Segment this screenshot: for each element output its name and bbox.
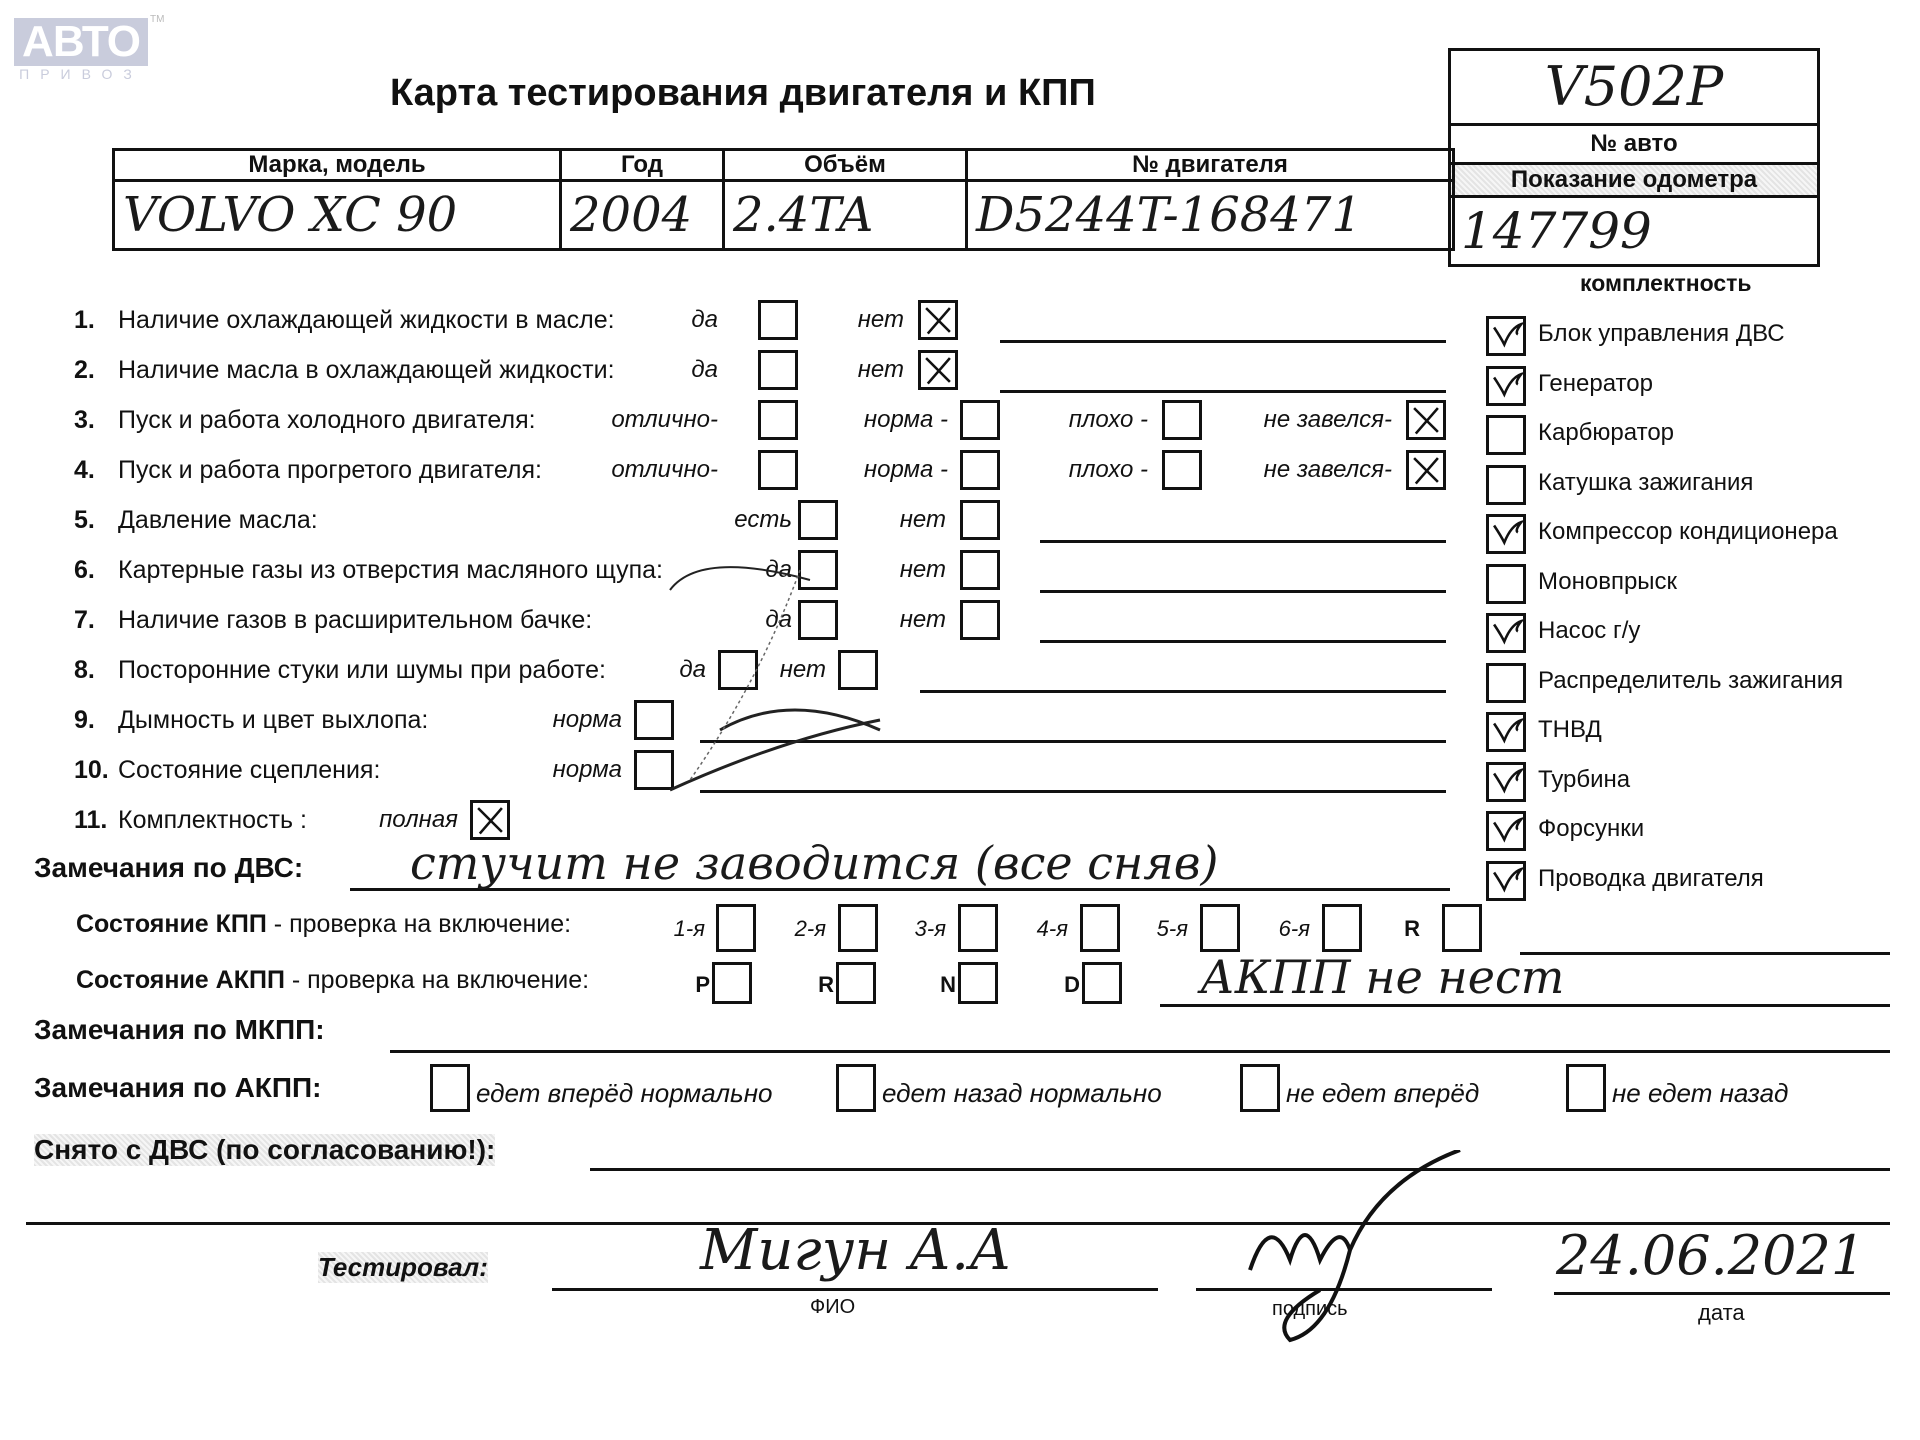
- completeness-item-label: Распределитель зажигания: [1538, 667, 1843, 695]
- option-label: есть: [734, 506, 792, 534]
- option-label: полная: [379, 806, 458, 834]
- completeness-checkbox[interactable]: [1486, 811, 1526, 851]
- completeness-checkbox[interactable]: [1486, 861, 1526, 901]
- question-label: Состояние сцепления:: [118, 756, 380, 785]
- manual-gear-checkbox[interactable]: [838, 904, 878, 952]
- option-checkbox[interactable]: [918, 350, 958, 390]
- option-checkbox[interactable]: [960, 500, 1000, 540]
- option-checkbox[interactable]: [758, 450, 798, 490]
- auto-gear-checkbox[interactable]: [958, 962, 998, 1004]
- question-number: 5.: [74, 506, 95, 535]
- checkmark-icon: [1489, 517, 1523, 551]
- manual-gear-label: 6-я: [1279, 916, 1310, 942]
- question-label: Наличие масла в охлаждающей жидкости:: [118, 356, 615, 385]
- option-label: да: [765, 606, 792, 634]
- completeness-item-label: Катушка зажигания: [1538, 469, 1753, 497]
- question-number: 9.: [74, 706, 95, 735]
- manual-remarks-label: Замечания по МКПП:: [34, 1014, 325, 1046]
- option-label: нет: [900, 556, 946, 584]
- option-label: норма -: [864, 456, 948, 484]
- option-label: не завелся-: [1264, 456, 1392, 484]
- question-number: 6.: [74, 556, 95, 585]
- question-label: Пуск и работа холодного двигателя:: [118, 406, 536, 435]
- auto-remark-checkbox[interactable]: [1240, 1064, 1280, 1112]
- notes-line[interactable]: [1000, 340, 1446, 343]
- option-checkbox[interactable]: [798, 550, 838, 590]
- completeness-item-label: Генератор: [1538, 370, 1653, 398]
- option-checkbox[interactable]: [758, 300, 798, 340]
- notes-line[interactable]: [1000, 390, 1446, 393]
- plate-number: V502P: [1451, 51, 1817, 126]
- checkmark-icon: [473, 803, 507, 837]
- question-label: Наличие газов в расширительном бачке:: [118, 606, 592, 635]
- completeness-checkbox[interactable]: [1486, 514, 1526, 554]
- auto-gearbox-label-rest: - проверка на включение:: [285, 966, 589, 994]
- signature-image: [1230, 1150, 1480, 1350]
- completeness-checkbox[interactable]: [1486, 613, 1526, 653]
- completeness-checkbox[interactable]: [1486, 762, 1526, 802]
- question-label: Картерные газы из отверстия масляного щу…: [118, 556, 663, 585]
- vehicle-table: Марка, модель Год Объём № двигателя VOLV…: [112, 148, 1455, 251]
- auto-remark-label: едет назад нормально: [882, 1078, 1162, 1109]
- question-label: Давление масла:: [118, 506, 318, 535]
- manual-gear-label: 2-я: [795, 916, 826, 942]
- completeness-checkbox[interactable]: [1486, 366, 1526, 406]
- completeness-item-label: Турбина: [1538, 766, 1630, 794]
- option-label: плохо -: [1069, 456, 1148, 484]
- question-number: 3.: [74, 406, 95, 435]
- option-label: да: [765, 556, 792, 584]
- option-label: отлично-: [611, 406, 718, 434]
- auto-remark-checkbox[interactable]: [836, 1064, 876, 1112]
- completeness-checkbox[interactable]: [1486, 663, 1526, 703]
- checkmark-icon: [921, 353, 955, 387]
- option-checkbox[interactable]: [798, 600, 838, 640]
- page-title: Карта тестирования двигателя и КПП: [390, 72, 1096, 115]
- header-engine-number: № двигателя: [967, 150, 1454, 181]
- completeness-item-label: ТНВД: [1538, 716, 1602, 744]
- completeness-item-label: Блок управления ДВС: [1538, 320, 1785, 348]
- removed-label: Снято с ДВС (по согласованию!):: [34, 1134, 495, 1166]
- date-caption: дата: [1698, 1300, 1745, 1326]
- notes-line[interactable]: [1040, 590, 1446, 593]
- name-caption: ФИО: [810, 1296, 855, 1319]
- auto-gear-checkbox[interactable]: [712, 962, 752, 1004]
- auto-gear-label: N: [940, 972, 956, 998]
- volume-value: 2.4TA: [724, 181, 967, 250]
- auto-remark-label: не едет вперёд: [1286, 1078, 1479, 1109]
- option-label: плохо -: [1069, 406, 1148, 434]
- question-number: 7.: [74, 606, 95, 635]
- logo-subtitle: ПРИВОЗ: [14, 66, 148, 82]
- engine-remarks-label: Замечания по ДВС:: [34, 852, 303, 884]
- year-value: 2004: [561, 181, 724, 250]
- option-label: да: [691, 306, 718, 334]
- option-label: норма -: [864, 406, 948, 434]
- question-label: Пуск и работа прогретого двигателя:: [118, 456, 542, 485]
- completeness-checkbox[interactable]: [1486, 712, 1526, 752]
- notes-line[interactable]: [1040, 540, 1446, 543]
- checkmark-icon: [1489, 616, 1523, 650]
- checkmark-icon: [921, 303, 955, 337]
- auto-gear-checkbox[interactable]: [836, 962, 876, 1004]
- manual-gear-checkbox[interactable]: [958, 904, 998, 952]
- option-label: нет: [858, 306, 904, 334]
- manual-gear-label: 3-я: [915, 916, 946, 942]
- auto-gear-label: D: [1064, 972, 1080, 998]
- question-label: Наличие охлаждающей жидкости в масле:: [118, 306, 615, 335]
- auto-gearbox-label: Состояние АКПП - проверка на включение:: [76, 966, 589, 995]
- option-label: нет: [858, 356, 904, 384]
- option-label: нет: [900, 606, 946, 634]
- option-checkbox[interactable]: [838, 650, 878, 690]
- checkmark-icon: [1489, 715, 1523, 749]
- auto-gear-label: R: [818, 972, 834, 998]
- notes-line[interactable]: [700, 740, 1446, 743]
- completeness-title: комплектность: [1580, 270, 1752, 297]
- option-checkbox[interactable]: [718, 650, 758, 690]
- auto-gear-label: P: [695, 972, 710, 998]
- manual-gear-checkbox[interactable]: [1322, 904, 1362, 952]
- option-label: норма: [553, 756, 622, 784]
- signature-caption: подпись: [1272, 1298, 1348, 1321]
- logo-trademark: TM: [150, 14, 164, 25]
- manual-gearbox-label-rest: - проверка на включение:: [267, 910, 571, 938]
- option-label: норма: [553, 706, 622, 734]
- option-checkbox[interactable]: [758, 400, 798, 440]
- tester-name[interactable]: Мигун А.А: [700, 1218, 1012, 1283]
- manual-gear-checkbox[interactable]: [1080, 904, 1120, 952]
- auto-remark-checkbox[interactable]: [430, 1064, 470, 1112]
- question-number: 2.: [74, 356, 95, 385]
- odometer-value: 147799: [1451, 198, 1817, 264]
- completeness-item-label: Проводка двигателя: [1538, 865, 1764, 893]
- completeness-checkbox[interactable]: [1486, 465, 1526, 505]
- option-checkbox[interactable]: [758, 350, 798, 390]
- notes-line[interactable]: [1040, 640, 1446, 643]
- completeness-checkbox[interactable]: [1486, 316, 1526, 356]
- checkmark-icon: [1489, 864, 1523, 898]
- plate-label: № авто: [1451, 126, 1817, 165]
- option-label: нет: [780, 656, 826, 684]
- checkmark-icon: [1489, 319, 1523, 353]
- question-number: 10.: [74, 756, 109, 785]
- header-year: Год: [561, 150, 724, 181]
- option-checkbox[interactable]: [960, 450, 1000, 490]
- completeness-item-label: Карбюратор: [1538, 419, 1674, 447]
- manual-gear-label: 4-я: [1037, 916, 1068, 942]
- header-make-model: Марка, модель: [114, 150, 561, 181]
- completeness-item-label: Форсунки: [1538, 815, 1644, 843]
- plate-odometer-block: V502P № авто Показание одометра 147799: [1448, 48, 1820, 267]
- option-checkbox[interactable]: [634, 750, 674, 790]
- manual-gearbox-label: Состояние КПП - проверка на включение:: [76, 910, 571, 939]
- option-label: нет: [900, 506, 946, 534]
- engine-number-value: D5244T-168471: [967, 181, 1454, 250]
- option-checkbox[interactable]: [1406, 400, 1446, 440]
- option-checkbox[interactable]: [960, 550, 1000, 590]
- option-label: не завелся-: [1264, 406, 1392, 434]
- header-volume: Объём: [724, 150, 967, 181]
- option-checkbox[interactable]: [798, 500, 838, 540]
- option-checkbox[interactable]: [1162, 450, 1202, 490]
- notes-line[interactable]: [920, 690, 1446, 693]
- tested-by-label: Тестировал:: [318, 1252, 488, 1283]
- option-label: отлично-: [611, 456, 718, 484]
- completeness-item-label: Компрессор кондиционера: [1538, 518, 1838, 546]
- odometer-label: Показание одометра: [1451, 165, 1817, 198]
- checkmark-icon: [1409, 453, 1443, 487]
- option-checkbox[interactable]: [634, 700, 674, 740]
- completeness-checkbox[interactable]: [1486, 564, 1526, 604]
- auto-gearbox-label-bold: Состояние АКПП: [76, 966, 285, 994]
- manual-gear-checkbox[interactable]: [716, 904, 756, 952]
- question-number: 4.: [74, 456, 95, 485]
- checkmark-icon: [1489, 765, 1523, 799]
- auto-remark-label: не едет назад: [1612, 1078, 1788, 1109]
- engine-remarks-value[interactable]: стучит не заводится (все сняв): [410, 836, 1218, 890]
- option-label: да: [691, 356, 718, 384]
- auto-gear-checkbox[interactable]: [1082, 962, 1122, 1004]
- test-date[interactable]: 24.06.2021: [1556, 1224, 1865, 1287]
- auto-remarks-label: Замечания по АКПП:: [34, 1072, 321, 1104]
- question-label: Комплектность :: [118, 806, 307, 835]
- option-checkbox[interactable]: [470, 800, 510, 840]
- option-checkbox[interactable]: [960, 400, 1000, 440]
- notes-line[interactable]: [700, 790, 1446, 793]
- manual-gear-label: R: [1404, 916, 1420, 942]
- option-label: да: [679, 656, 706, 684]
- question-number: 11.: [74, 806, 107, 835]
- question-number: 1.: [74, 306, 95, 335]
- manual-gear-checkbox[interactable]: [1442, 904, 1482, 952]
- logo: АВТО: [14, 18, 148, 66]
- manual-gear-label: 5-я: [1157, 916, 1188, 942]
- manual-gearbox-label-bold: Состояние КПП: [76, 910, 267, 938]
- manual-gear-label: 1-я: [674, 916, 705, 942]
- auto-remark-checkbox[interactable]: [1566, 1064, 1606, 1112]
- question-label: Дымность и цвет выхлопа:: [118, 706, 428, 735]
- auto-remark-label: едет вперёд нормально: [476, 1078, 772, 1109]
- checkmark-icon: [1489, 814, 1523, 848]
- option-checkbox[interactable]: [1162, 400, 1202, 440]
- make-model-value: VOLVO XC 90: [114, 181, 561, 250]
- option-checkbox[interactable]: [918, 300, 958, 340]
- question-label: Посторонние стуки или шумы при работе:: [118, 656, 606, 685]
- completeness-item-label: Насос г/у: [1538, 617, 1640, 645]
- auto-gearbox-note[interactable]: АКПП не нест: [1200, 950, 1564, 1004]
- checkmark-icon: [1489, 369, 1523, 403]
- manual-gear-checkbox[interactable]: [1200, 904, 1240, 952]
- completeness-checkbox[interactable]: [1486, 415, 1526, 455]
- checkmark-icon: [1409, 403, 1443, 437]
- question-number: 8.: [74, 656, 95, 685]
- option-checkbox[interactable]: [1406, 450, 1446, 490]
- option-checkbox[interactable]: [960, 600, 1000, 640]
- completeness-item-label: Моновпрыск: [1538, 568, 1677, 596]
